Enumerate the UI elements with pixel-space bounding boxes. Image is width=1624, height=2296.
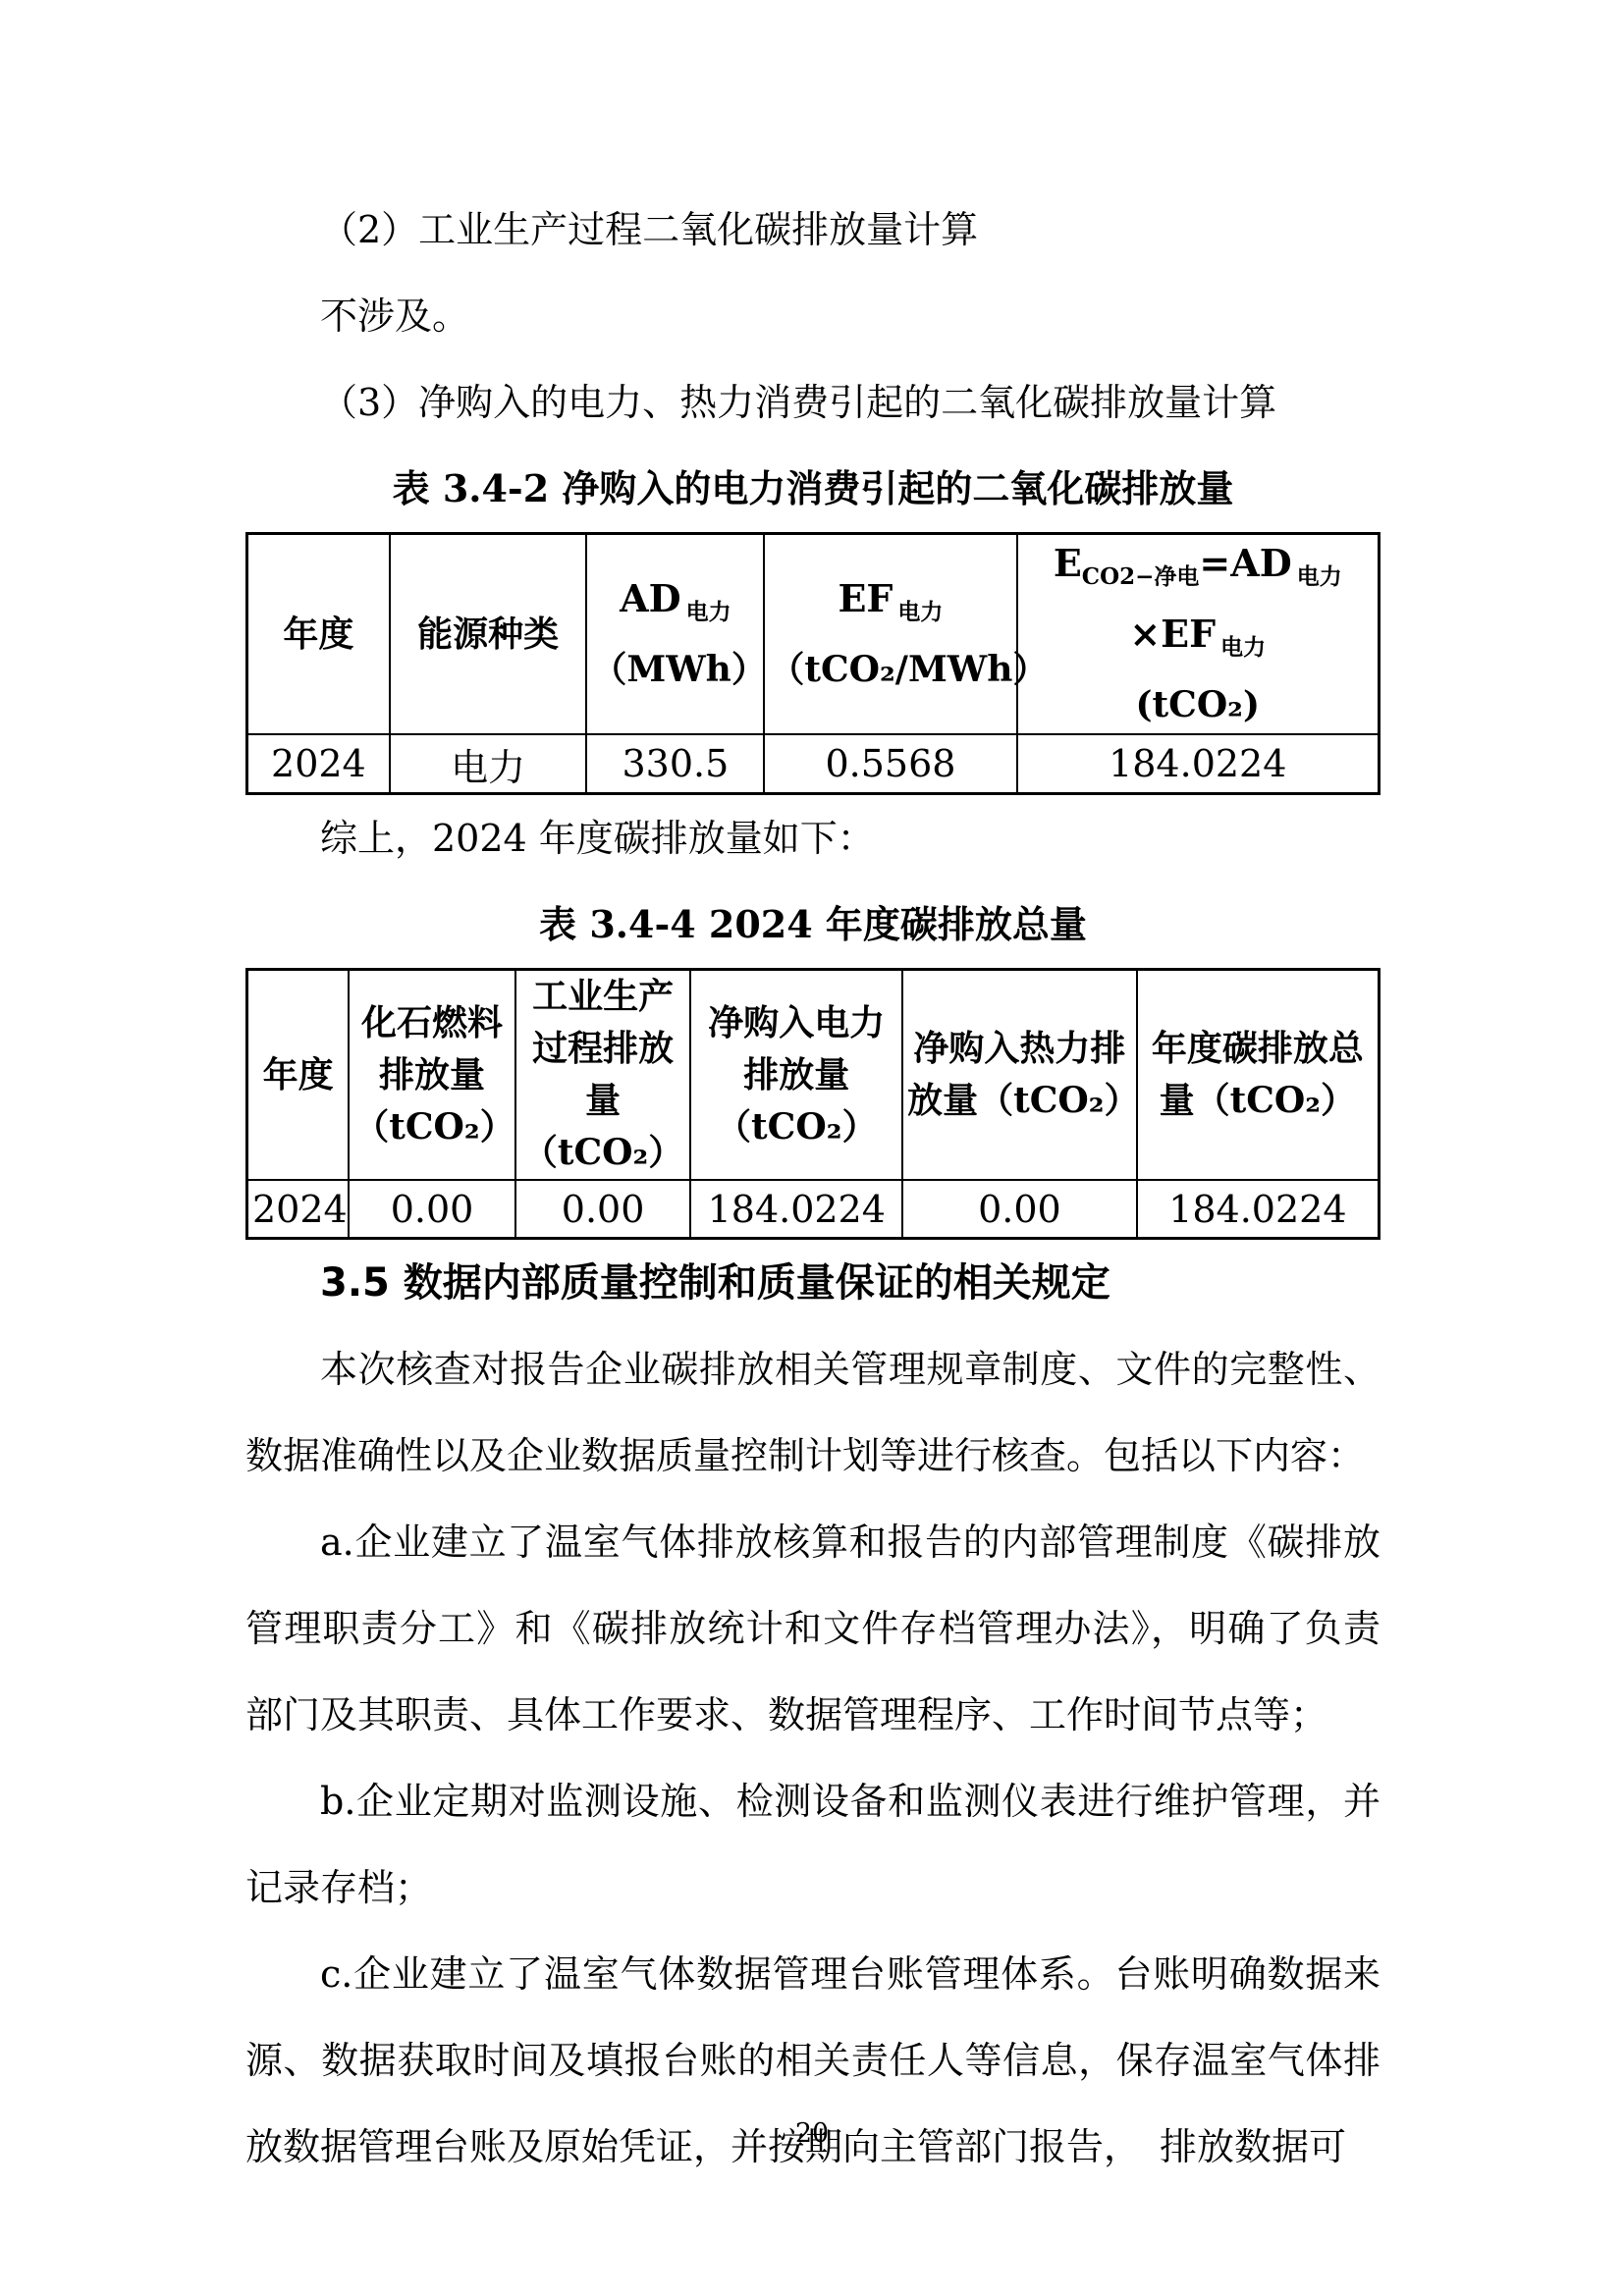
column-header-energy-type: 能源种类 [390,534,587,735]
table1-caption: 表 3.4-2 净购入的电力消费引起的二氧化碳排放量 [245,446,1380,532]
column-header-ad: AD电力 （MWh） [586,534,764,735]
text-line: 管理职责分工》和《碳排放统计和文件存档管理办法》，明确了负责 [245,1585,1380,1672]
column-header-e-formula: ECO2−净电=AD电力×EF电力 (tCO₂) [1017,534,1380,735]
heading-industrial-process-calc: （2）工业生产过程二氧化碳排放量计算 [245,187,1380,273]
column-header-electricity: 净购入电力 排放量 （tCO₂） [690,970,902,1181]
text-line: 记录存档； [245,1844,1380,1931]
cell-heat-value: 0.00 [902,1180,1137,1239]
column-header-year: 年度 [247,970,350,1181]
text-line: b.企业定期对监测设施、检测设备和监测仪表进行维护管理，并 [245,1758,1380,1844]
para-not-involved: 不涉及。 [245,273,1380,359]
cell-fossil-value: 0.00 [349,1180,514,1239]
cell-e-value: 184.0224 [1017,734,1380,794]
ef-symbol: EF [838,576,893,620]
text-line: 数据准确性以及企业数据质量控制计划等进行核查。包括以下内容： [245,1413,1380,1499]
text-line: a.企业建立了温室气体排放核算和报告的内部管理制度《碳排放 [245,1499,1380,1585]
section-heading-3-5: 3.5 数据内部质量控制和质量保证的相关规定 [245,1240,1380,1326]
cell-ad-value: 330.5 [586,734,764,794]
cell-year: 2024 [247,734,390,794]
electricity-emission-table: 年度 能源种类 AD电力 （MWh） EF电力 （tCO₂/MWh） ECO2−… [245,532,1380,795]
table-row: 2024 电力 330.5 0.5568 184.0224 [247,734,1380,794]
text-line: c.企业建立了温室气体数据管理台账管理体系。台账明确数据来 [245,1931,1380,2017]
ad-unit: （MWh） [591,641,759,698]
annual-total-emission-table: 年度 化石燃料 排放量 （tCO₂） 工业生产 过程排放 量（tCO₂） 净购入… [245,968,1380,1240]
cell-electricity-value: 184.0224 [690,1180,902,1239]
table-header-row: 年度 化石燃料 排放量 （tCO₂） 工业生产 过程排放 量（tCO₂） 净购入… [247,970,1380,1181]
column-header-industrial: 工业生产 过程排放 量（tCO₂） [515,970,691,1181]
column-header-fossil: 化石燃料 排放量 （tCO₂） [349,970,514,1181]
document-content: （2）工业生产过程二氧化碳排放量计算 不涉及。 （3）净购入的电力、热力消费引起… [245,187,1380,2190]
table-row: 2024 0.00 0.00 184.0224 0.00 184.0224 [247,1180,1380,1239]
cell-total-value: 184.0224 [1137,1180,1380,1239]
document-page: （2）工业生产过程二氧化碳排放量计算 不涉及。 （3）净购入的电力、热力消费引起… [0,0,1624,2296]
text-line: 本次核查对报告企业碳排放相关管理规章制度、文件的完整性、 [245,1326,1380,1413]
paragraph-a: a.企业建立了温室气体排放核算和报告的内部管理制度《碳排放 管理职责分工》和《碳… [245,1499,1380,1758]
ad-subscript: 电力 [686,599,731,625]
text-line: 部门及其职责、具体工作要求、数据管理程序、工作时间节点等； [245,1672,1380,1758]
heading-purchased-electricity-calc: （3）净购入的电力、热力消费引起的二氧化碳排放量计算 [245,359,1380,446]
cell-industrial-value: 0.00 [515,1180,691,1239]
column-header-ef: EF电力 （tCO₂/MWh） [764,534,1016,735]
paragraph-c: c.企业建立了温室气体数据管理台账管理体系。台账明确数据来 源、数据获取时间及填… [245,1931,1380,2190]
e-formula: ECO2−净电=AD电力×EF电力 [1022,535,1375,676]
table-header-row: 年度 能源种类 AD电力 （MWh） EF电力 （tCO₂/MWh） ECO2−… [247,534,1380,735]
paragraph-b: b.企业定期对监测设施、检测设备和监测仪表进行维护管理，并 记录存档； [245,1758,1380,1931]
cell-ef-value: 0.5568 [764,734,1016,794]
ad-symbol: AD [620,576,680,620]
ef-subscript: 电力 [897,599,943,625]
summary-line: 综上，2024 年度碳排放量如下： [245,795,1380,881]
ef-unit: （tCO₂/MWh） [769,641,1011,698]
e-unit: (tCO₂) [1022,676,1375,733]
column-header-year: 年度 [247,534,390,735]
page-number: 20 [0,2118,1624,2149]
table2-caption: 表 3.4-4 2024 年度碳排放总量 [245,881,1380,968]
text-line: 源、数据获取时间及填报台账的相关责任人等信息，保存温室气体排 [245,2017,1380,2104]
cell-year: 2024 [247,1180,350,1239]
paragraph-intro: 本次核查对报告企业碳排放相关管理规章制度、文件的完整性、 数据准确性以及企业数据… [245,1326,1380,1499]
cell-energy-type: 电力 [390,734,587,794]
column-header-total: 年度碳排放总 量（tCO₂） [1137,970,1380,1181]
column-header-heat: 净购入热力排 放量（tCO₂） [902,970,1137,1181]
